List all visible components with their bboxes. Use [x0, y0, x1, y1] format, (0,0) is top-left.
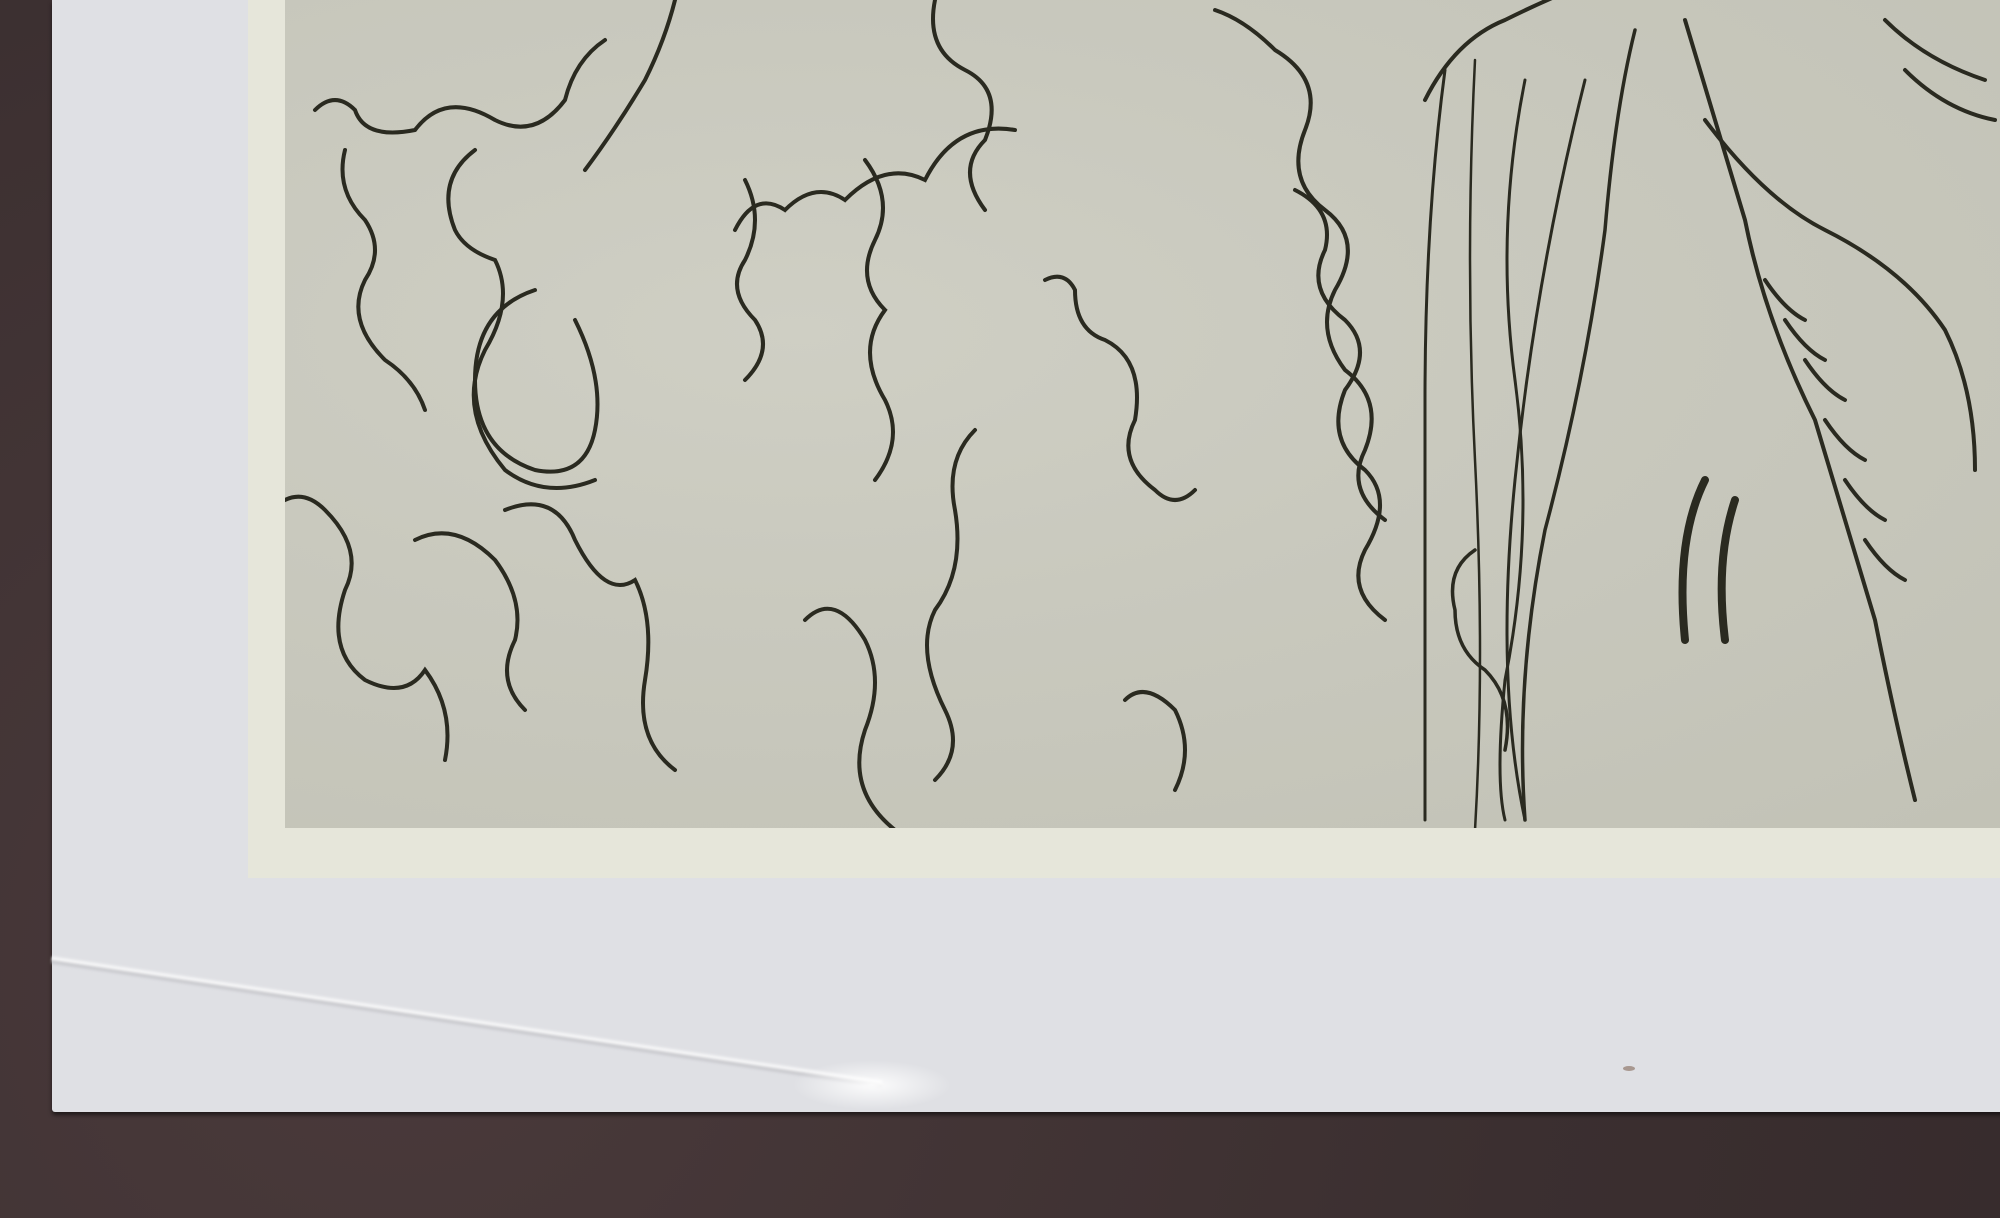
paper-speck — [1623, 1066, 1635, 1071]
ink-drawing-plate — [285, 0, 2000, 828]
paper-crease — [51, 955, 883, 1089]
ink-drawing-strokes — [285, 0, 2000, 828]
paper-sheen — [792, 1060, 952, 1110]
